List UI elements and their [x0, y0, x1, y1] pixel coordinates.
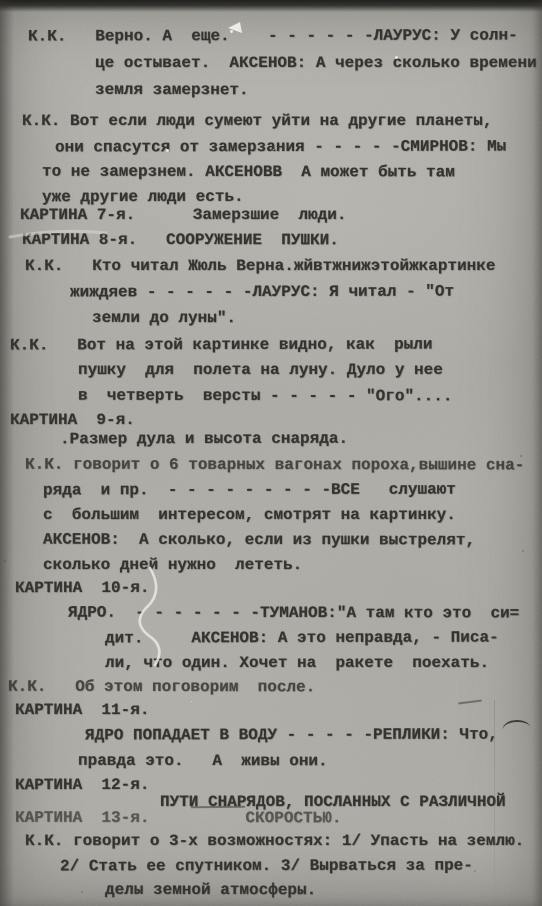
document-page: К.К. Верно. А еще. - - - - - -ЛАУРУС: У …: [0, 0, 542, 906]
paper-grain-texture: [0, 0, 542, 906]
